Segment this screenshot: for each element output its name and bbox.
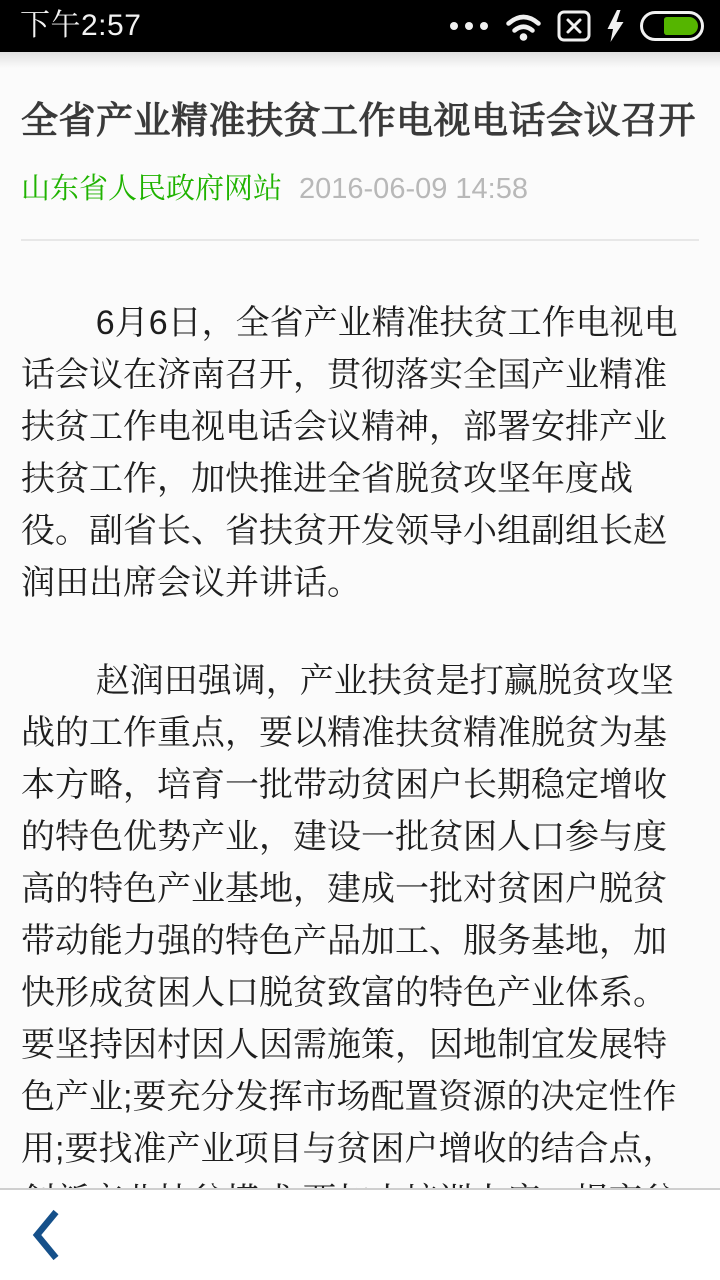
status-bar-shadow [0, 52, 720, 68]
article-paragraph: 6月6日，全省产业精准扶贫工作电视电话会议在济南召开，贯彻落实全国产业精准扶贫工… [21, 297, 699, 609]
article-timestamp: 2016-06-09 14:58 [299, 169, 528, 209]
wifi-icon [505, 12, 542, 41]
battery-icon [640, 11, 704, 41]
notification-dots-icon [450, 22, 488, 30]
bottom-bar [0, 1188, 720, 1280]
article-title: 全省产业精准扶贫工作电视电话会议召开 [21, 96, 699, 145]
battery-fill [664, 17, 698, 35]
article-meta: 山东省人民政府网站 2016-06-09 14:58 [21, 169, 699, 209]
status-time: 下午2:57 [20, 0, 141, 52]
status-icons [450, 10, 704, 42]
article-body: 6月6日，全省产业精准扶贫工作电视电话会议在济南召开，贯彻落实全国产业精准扶贫工… [21, 297, 699, 1279]
divider [21, 239, 699, 241]
article-source-link[interactable]: 山东省人民政府网站 [21, 169, 282, 209]
article-paragraph: 赵润田强调，产业扶贫是打赢脱贫攻坚战的工作重点，要以精准扶贫精准脱贫为基本方略，… [21, 655, 699, 1279]
article: 全省产业精准扶贫工作电视电话会议召开 山东省人民政府网站 2016-06-09 … [0, 96, 720, 1279]
no-sim-icon [557, 10, 591, 42]
phone-screen: 下午2:57 全省产业精准扶贫工作电视电话会议召开 山东省人民政府网站 [0, 0, 720, 1280]
charging-bolt-icon [606, 10, 625, 42]
back-button[interactable] [0, 1199, 90, 1271]
chevron-left-icon [32, 1209, 60, 1261]
status-bar: 下午2:57 [0, 0, 720, 52]
